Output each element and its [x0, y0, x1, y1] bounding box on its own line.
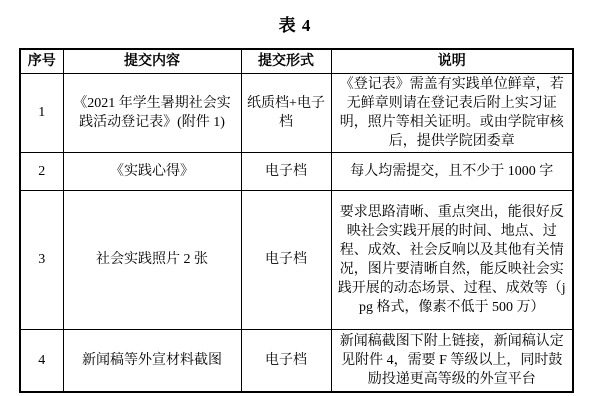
cell-form: 电子档: [241, 190, 331, 329]
cell-form: 纸质档+电子档: [241, 73, 331, 152]
cell-no: 3: [20, 190, 63, 329]
document-page: 表 4 序号 提交内容 提交形式 说明 1 《2021 年学生暑期社会实践活动登…: [0, 0, 590, 396]
cell-no: 1: [20, 73, 63, 152]
col-header-no: 序号: [20, 49, 63, 73]
cell-content: 《实践心得》: [63, 152, 241, 190]
cell-content: 社会实践照片 2 张: [63, 190, 241, 329]
table-title: 表 4: [0, 11, 590, 36]
table-row: 1 《2021 年学生暑期社会实践活动登记表》(附件 1) 纸质档+电子档 《登…: [20, 73, 573, 152]
col-header-form: 提交形式: [241, 49, 331, 73]
col-header-note: 说明: [331, 49, 573, 73]
submission-requirements-table: 序号 提交内容 提交形式 说明 1 《2021 年学生暑期社会实践活动登记表》(…: [19, 48, 574, 393]
cell-note: 新闻稿截图下附上链接，新闻稿认定见附件 4，需要 F 等级以上，同时鼓励投递更高…: [331, 329, 573, 392]
cell-form: 电子档: [241, 329, 331, 392]
col-header-content: 提交内容: [63, 49, 241, 73]
cell-content: 新闻稿等外宣材料截图: [63, 329, 241, 392]
cell-no: 2: [20, 152, 63, 190]
cell-no: 4: [20, 329, 63, 392]
header-row: 序号 提交内容 提交形式 说明: [20, 49, 573, 73]
cell-form: 电子档: [241, 152, 331, 190]
cell-note: 要求思路清晰、重点突出，能很好反映社会实践开展的时间、地点、过程、成效、社会反响…: [331, 190, 573, 329]
cell-content: 《2021 年学生暑期社会实践活动登记表》(附件 1): [63, 73, 241, 152]
table-row: 3 社会实践照片 2 张 电子档 要求思路清晰、重点突出，能很好反映社会实践开展…: [20, 190, 573, 329]
table-row: 2 《实践心得》 电子档 每人均需提交，且不少于 1000 字: [20, 152, 573, 190]
cell-note: 每人均需提交，且不少于 1000 字: [331, 152, 573, 190]
table-row: 4 新闻稿等外宣材料截图 电子档 新闻稿截图下附上链接，新闻稿认定见附件 4，需…: [20, 329, 573, 392]
cell-note: 《登记表》需盖有实践单位鲜章，若无鲜章则请在登记表后附上实习证明，照片等相关证明…: [331, 73, 573, 152]
